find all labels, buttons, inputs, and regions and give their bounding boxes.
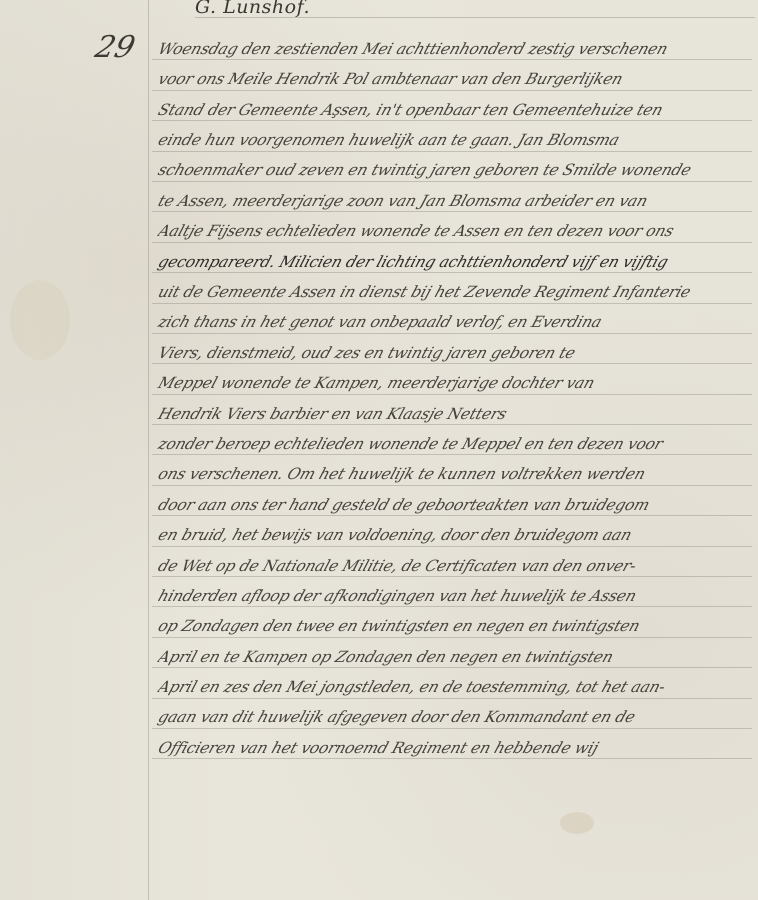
- line-text: ons verschenen. Om het huwelijk te kunne…: [156, 467, 757, 483]
- line-text: Stand der Gemeente Aşsen, in't openbaar …: [156, 103, 757, 119]
- line-text: door aan ons ter hand gesteld de geboort…: [156, 498, 757, 514]
- margin-rule: [148, 0, 149, 900]
- line-text: en bruid, het bewijs van voldoening, doo…: [156, 528, 757, 544]
- line-text: zich thans in het genot van onbepaald ve…: [156, 315, 757, 331]
- text-line: door aan ons ter hand gesteld de geboort…: [152, 486, 752, 516]
- line-text: de Wet op de Nationale Militie, de Certi…: [156, 559, 757, 575]
- text-line: en bruid, het bewijs van voldoening, doo…: [152, 516, 752, 546]
- text-line: uit de Gemeente Assen in dienst bij het …: [152, 273, 752, 303]
- text-line: gaan van dit huwelijk afgegeven door den…: [152, 699, 752, 729]
- line-text: uit de Gemeente Assen in dienst bij het …: [156, 285, 757, 301]
- text-line: voor ons Meile Hendrik Pol ambtenaar van…: [152, 60, 752, 90]
- line-text: voor ons Meile Hendrik Pol ambtenaar van…: [156, 72, 757, 88]
- line-text: April en zes den Mei jongstleden, en de …: [156, 680, 757, 696]
- text-line: de Wet op de Nationale Militie, de Certi…: [152, 547, 752, 577]
- header-name: G. Lunshof.: [195, 0, 310, 18]
- header-rule: [195, 17, 755, 18]
- line-text: op Zondagen den twee en twintigsten en n…: [156, 619, 757, 635]
- line-text: Aaltje Fijsens echtelieden wonende te As…: [156, 224, 757, 240]
- text-line: gecompareerd. Milicien der lichting acht…: [152, 243, 752, 273]
- text-line: Officieren van het voornoemd Regiment en…: [152, 729, 752, 759]
- text-line: April en zes den Mei jongstleden, en de …: [152, 668, 752, 698]
- line-text: Officieren van het voornoemd Regiment en…: [156, 741, 757, 757]
- line-text: gecompareerd. Milicien der lichting acht…: [156, 255, 757, 271]
- text-line: ons verschenen. Om het huwelijk te kunne…: [152, 455, 752, 485]
- text-line: schoenmaker oud zeven en twintig jaren g…: [152, 152, 752, 182]
- paper-stain: [10, 280, 70, 360]
- line-text: Woensdag den zestienden Mei achttienhond…: [156, 42, 757, 58]
- text-line: Hendrik Viers barbier en van Klaasje Net…: [152, 395, 752, 425]
- line-text: Hendrik Viers barbier en van Klaasje Net…: [156, 407, 757, 423]
- text-line: hinderden afloop der afkondigingen van h…: [152, 577, 752, 607]
- line-text: Viers, dienstmeid, oud zes en twintig ja…: [156, 346, 757, 362]
- text-line: te Assen, meerderjarige zoon van Jan Blo…: [152, 182, 752, 212]
- text-line: zich thans in het genot van onbepaald ve…: [152, 304, 752, 334]
- text-line: Meppel wonende te Kampen, meerderjarige …: [152, 364, 752, 394]
- line-text: gaan van dit huwelijk afgegeven door den…: [156, 710, 757, 726]
- text-line: Viers, dienstmeid, oud zes en twintig ja…: [152, 334, 752, 364]
- line-text: einde hun voorgenomen huwelijk aan te ga…: [156, 133, 757, 149]
- line-text: April en te Kampen op Zondagen den negen…: [156, 650, 757, 666]
- paper-stain: [560, 812, 594, 834]
- record-number: 29: [92, 30, 139, 65]
- text-line: einde hun voorgenomen huwelijk aan te ga…: [152, 121, 752, 151]
- text-line: zonder beroep echtelieden wonende te Mep…: [152, 425, 752, 455]
- text-line: Woensdag den zestienden Mei achttienhond…: [152, 30, 752, 60]
- text-line: Aaltje Fijsens echtelieden wonende te As…: [152, 212, 752, 242]
- line-text: zonder beroep echtelieden wonende te Mep…: [156, 437, 757, 453]
- line-text: schoenmaker oud zeven en twintig jaren g…: [156, 163, 757, 179]
- line-text: Meppel wonende te Kampen, meerderjarige …: [156, 376, 757, 392]
- line-text: hinderden afloop der afkondigingen van h…: [156, 589, 757, 605]
- text-line: op Zondagen den twee en twintigsten en n…: [152, 607, 752, 637]
- document-page: G. Lunshof. 29 Woensdag den zestienden M…: [0, 0, 758, 900]
- line-text: te Assen, meerderjarige zoon van Jan Blo…: [156, 194, 757, 210]
- record-text: Woensdag den zestienden Mei achttienhond…: [152, 30, 752, 759]
- text-line: April en te Kampen op Zondagen den negen…: [152, 638, 752, 668]
- text-line: Stand der Gemeente Aşsen, in't openbaar …: [152, 91, 752, 121]
